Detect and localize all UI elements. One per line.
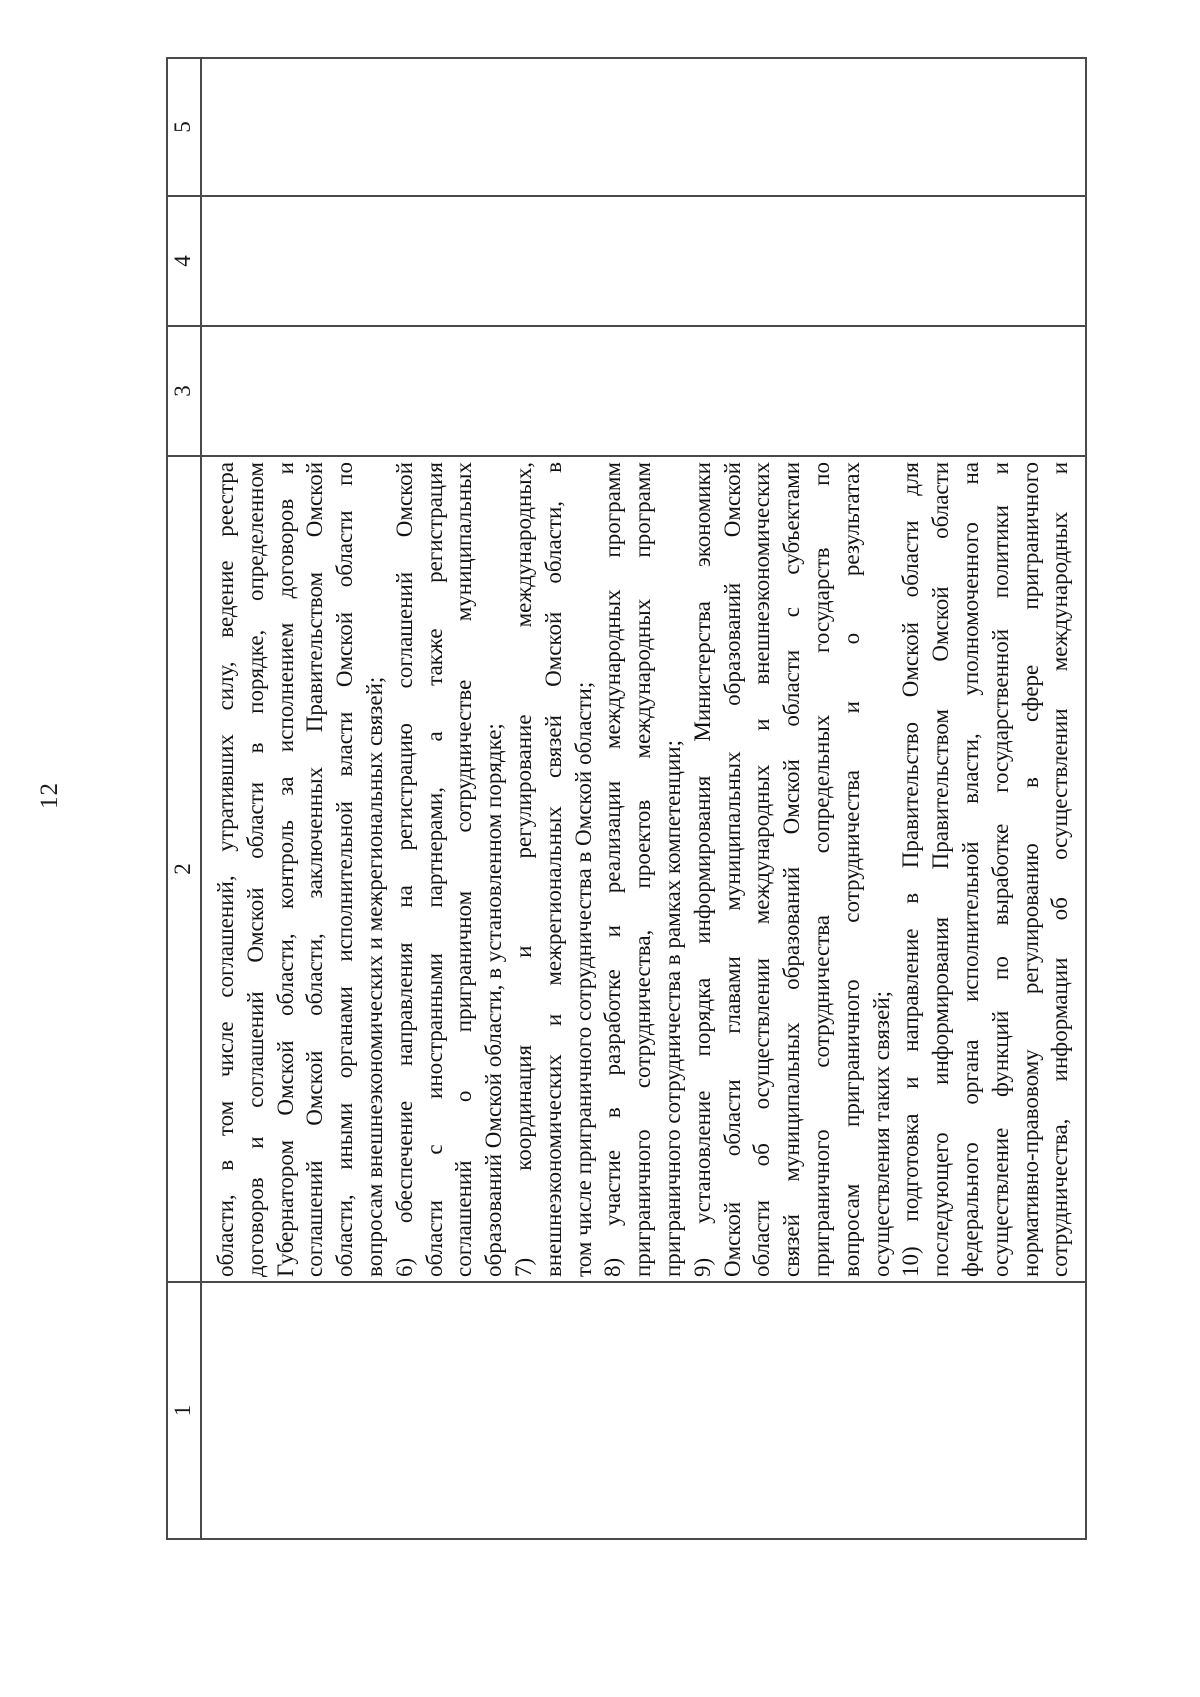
cell-column-4 — [200, 197, 1085, 327]
text-line: осуществление функций по выработке госуд… — [986, 462, 1016, 1277]
text-line: приграничного сотрудничества в рамках ко… — [658, 462, 688, 1277]
text-line: том числе приграничного сотрудничества в… — [569, 462, 599, 1277]
text-line: области, иными органами исполнительной в… — [330, 462, 360, 1277]
page-number: 12 — [36, 782, 64, 809]
table-header-row: 1 2 3 4 5 — [168, 59, 200, 1538]
cell-column-1 — [200, 1283, 1085, 1538]
column-header-1: 1 — [168, 1283, 200, 1538]
text-line: нормативно-правовому регулированию в сфе… — [1016, 462, 1046, 1277]
landscape-page: 12 1 2 3 4 5 области, в том числе соглаш… — [0, 0, 1200, 1697]
text-line: соглашений Омской области, заключенных П… — [300, 462, 330, 1277]
text-line: вопросам внешнеэкономических и межрегион… — [360, 462, 390, 1277]
text-line: сотрудничества, информации об осуществле… — [1045, 462, 1075, 1277]
text-line: области с иностранными партнерами, а так… — [420, 462, 450, 1277]
text-line: приграничного сотрудничества сопредельны… — [807, 462, 837, 1277]
column-header-3: 3 — [168, 327, 200, 457]
text-line: 6) обеспечение направления на регистраци… — [390, 462, 420, 1277]
cell-column-2: области, в том числе соглашений, утратив… — [200, 457, 1085, 1283]
text-line: 9) установление порядка информирования М… — [688, 462, 718, 1277]
cell-column-2-text: области, в том числе соглашений, утратив… — [202, 457, 1079, 1281]
document-table: 1 2 3 4 5 области, в том числе соглашени… — [166, 57, 1087, 1540]
text-line: 10) подготовка и направление в Правитель… — [896, 462, 926, 1277]
text-line: осуществления таких связей; — [867, 462, 897, 1277]
text-line: федерального органа исполнительной власт… — [956, 462, 986, 1277]
text-line: 8) участие в разработке и реализации меж… — [598, 462, 628, 1277]
text-line: образований Омской области, в установлен… — [479, 462, 509, 1277]
text-line: внешнеэкономических и межрегиональных св… — [539, 462, 569, 1277]
text-line: Губернатором Омской области, контроль за… — [271, 462, 301, 1277]
text-line: связей муниципальных образований Омской … — [777, 462, 807, 1277]
text-line: 7) координация и регулирование междунаро… — [509, 462, 539, 1277]
text-line: области, в том числе соглашений, утратив… — [211, 462, 241, 1277]
column-header-2: 2 — [168, 457, 200, 1283]
text-line: договоров и соглашений Омской области в … — [241, 462, 271, 1277]
cell-column-5 — [200, 59, 1085, 197]
text-line: последующего информирования Правительств… — [926, 462, 956, 1277]
column-header-5: 5 — [168, 59, 200, 197]
column-header-4: 4 — [168, 197, 200, 327]
scanned-document-page: 12 1 2 3 4 5 области, в том числе соглаш… — [0, 0, 1200, 1697]
text-line: области об осуществлении международных и… — [747, 462, 777, 1277]
cell-column-3 — [200, 327, 1085, 457]
table-body-row: области, в том числе соглашений, утратив… — [200, 59, 1085, 1538]
text-line: вопросам приграничного сотрудничества и … — [837, 462, 867, 1277]
text-line: приграничного сотрудничества, проектов м… — [628, 462, 658, 1277]
text-line: соглашений о приграничном сотрудничестве… — [449, 462, 479, 1277]
text-line: Омской области главами муниципальных обр… — [718, 462, 748, 1277]
